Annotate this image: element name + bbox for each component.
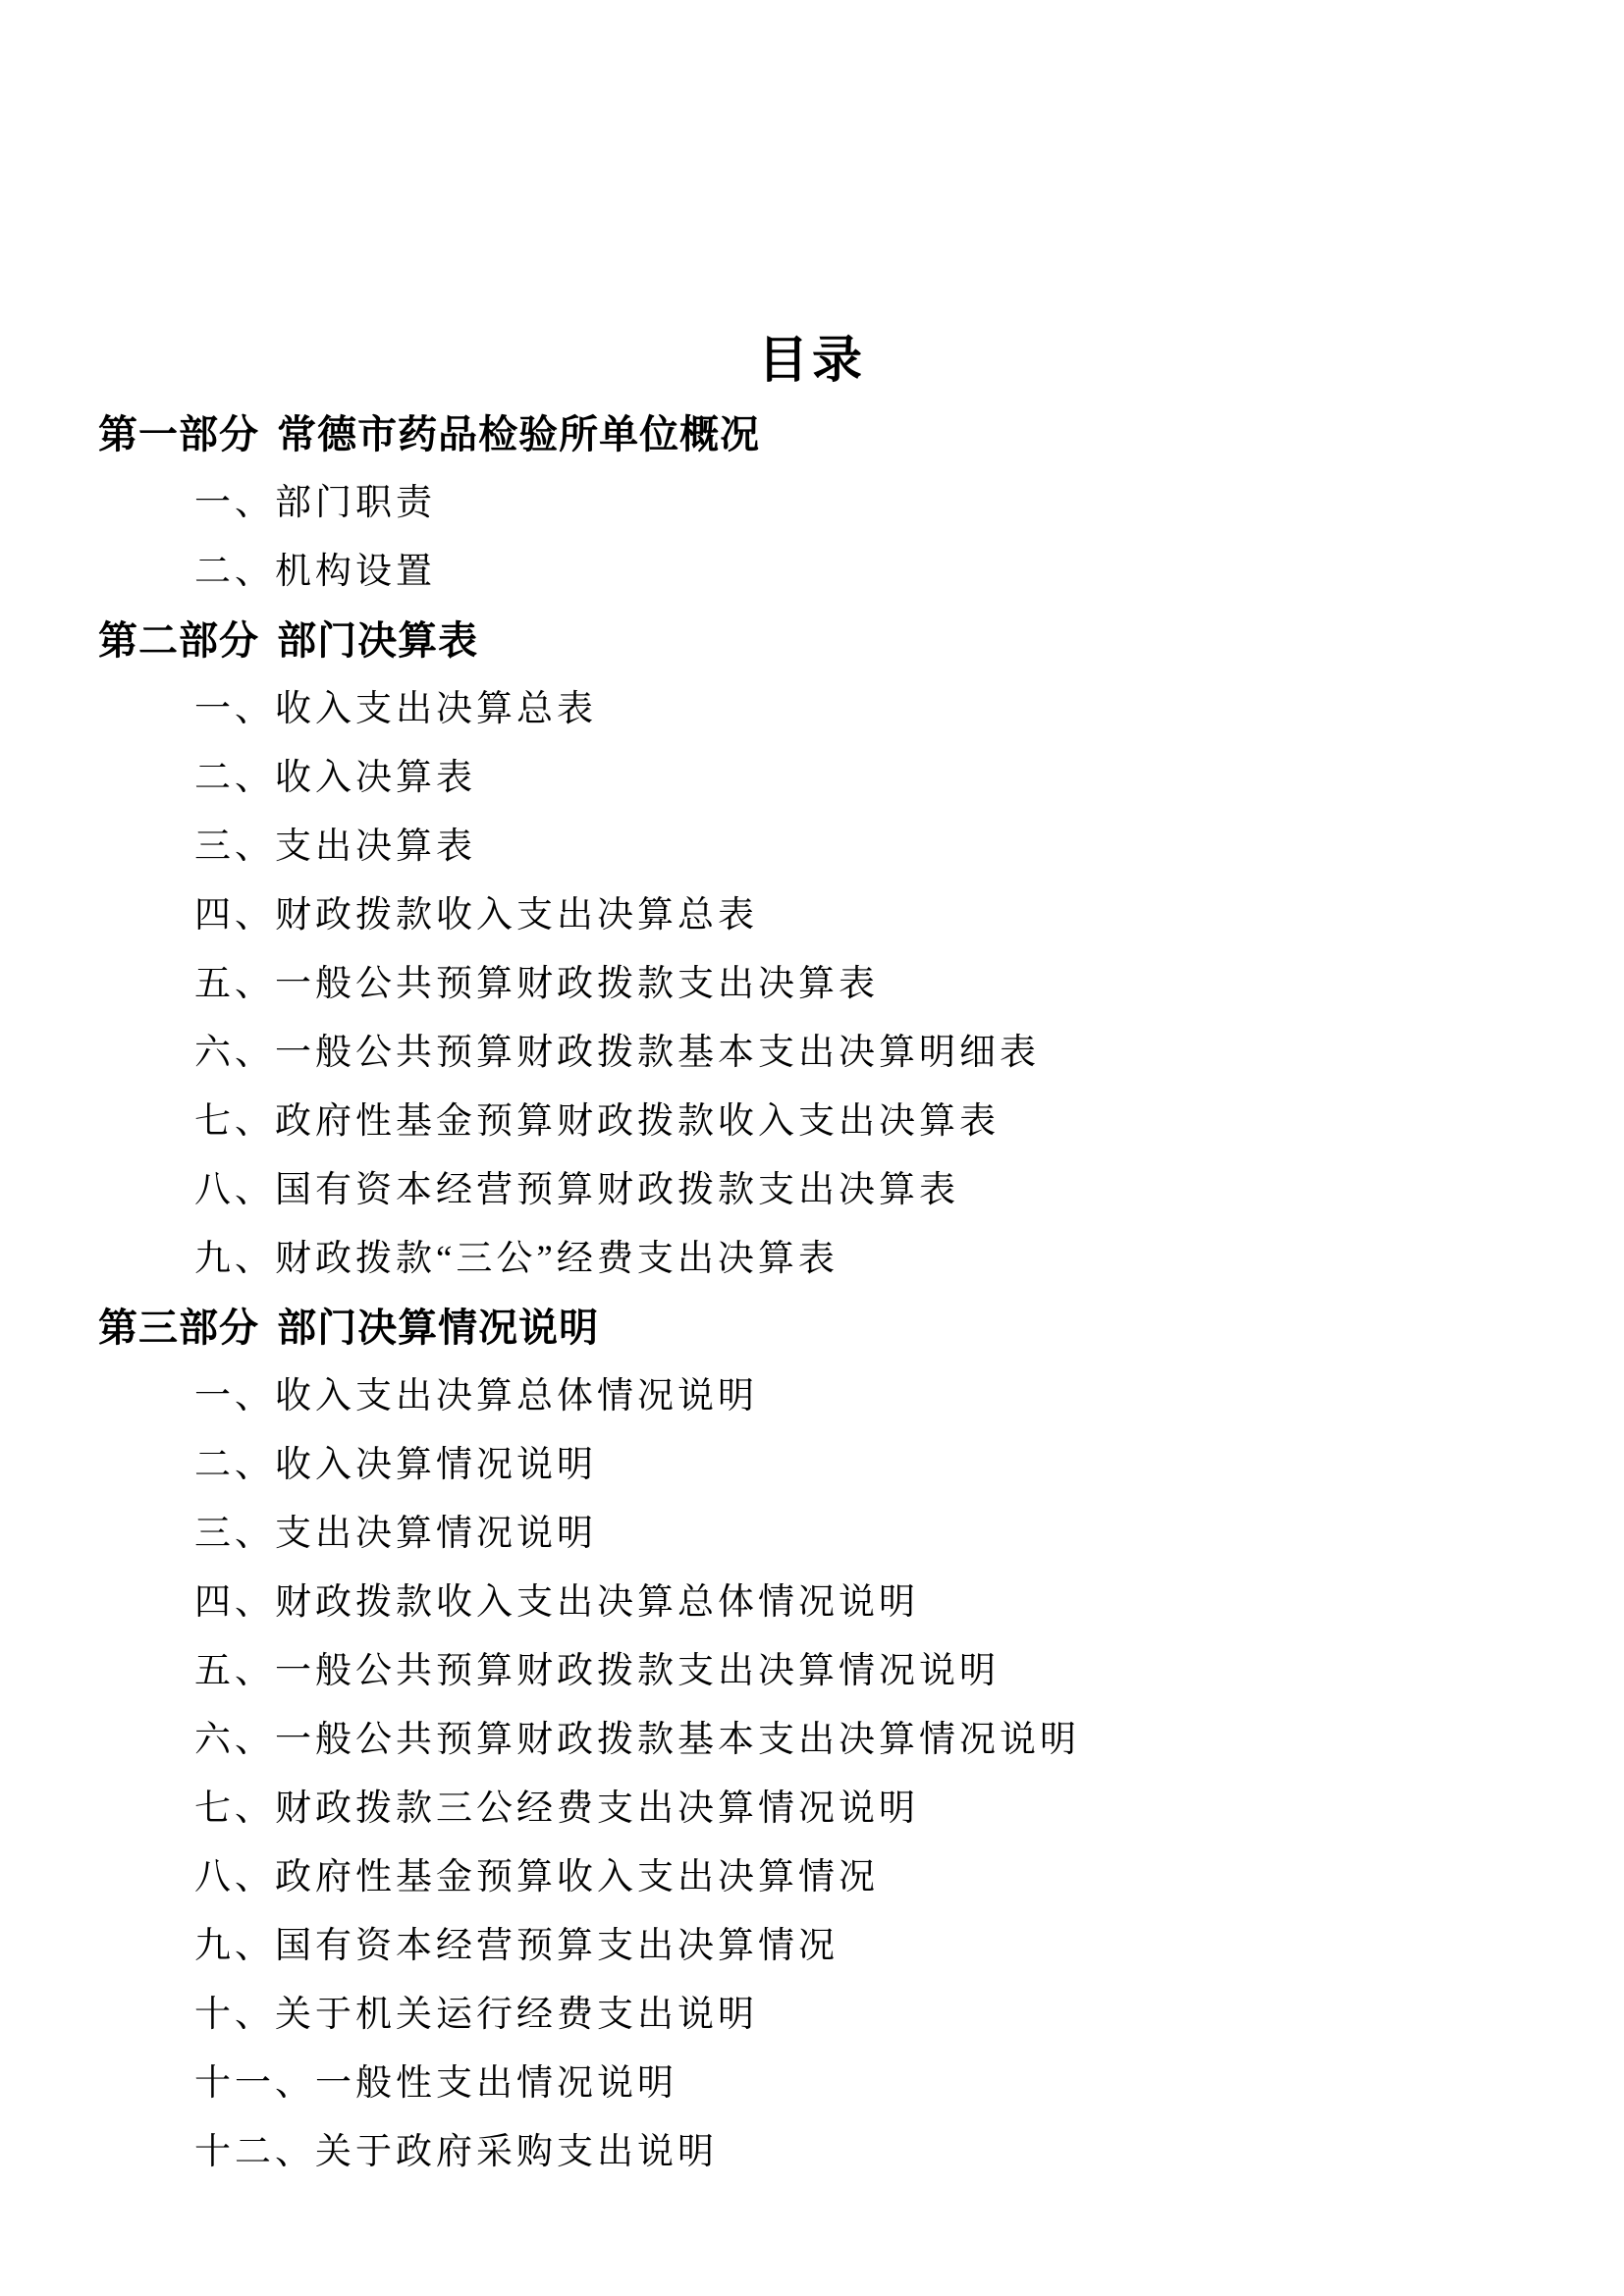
toc-item: 七、政府性基金预算财政拨款收入支出决算表 (0, 1088, 1624, 1156)
toc-item: 十、关于机关运行经费支出说明 (0, 1981, 1624, 2050)
toc-item: 六、一般公共预算财政拨款基本支出决算明细表 (0, 1019, 1624, 1088)
toc-item: 八、国有资本经营预算财政拨款支出决算表 (0, 1156, 1624, 1225)
toc-item: 八、政府性基金预算收入支出决算情况 (0, 1843, 1624, 1912)
toc-item: 三、支出决算情况说明 (0, 1500, 1624, 1569)
section-heading-part2: 第二部分 部门决算表 (0, 607, 1624, 675)
toc-item: 一、部门职责 (0, 469, 1624, 538)
toc-item: 十二、关于政府采购支出说明 (0, 2118, 1624, 2187)
toc-item: 九、财政拨款“三公”经费支出决算表 (0, 1225, 1624, 1294)
toc-item: 五、一般公共预算财政拨款支出决算表 (0, 950, 1624, 1019)
toc-item: 十一、一般性支出情况说明 (0, 2050, 1624, 2118)
section-heading-part3: 第三部分 部门决算情况说明 (0, 1294, 1624, 1362)
table-of-contents: 第一部分 常德市药品检验所单位概况 一、部门职责 二、机构设置 第二部分 部门决… (0, 400, 1624, 2187)
toc-item: 二、收入决算情况说明 (0, 1431, 1624, 1500)
toc-item: 二、收入决算表 (0, 744, 1624, 813)
page-title: 目录 (0, 320, 1624, 400)
toc-item: 九、国有资本经营预算支出决算情况 (0, 1912, 1624, 1981)
toc-item: 一、收入支出决算总体情况说明 (0, 1362, 1624, 1431)
toc-item: 七、财政拨款三公经费支出决算情况说明 (0, 1775, 1624, 1843)
toc-item: 四、财政拨款收入支出决算总体情况说明 (0, 1569, 1624, 1637)
toc-item: 三、支出决算表 (0, 813, 1624, 881)
document-page: 目录 第一部分 常德市药品检验所单位概况 一、部门职责 二、机构设置 第二部分 … (0, 0, 1624, 2296)
section-heading-part1: 第一部分 常德市药品检验所单位概况 (0, 400, 1624, 469)
toc-item: 四、财政拨款收入支出决算总表 (0, 881, 1624, 950)
toc-item: 六、一般公共预算财政拨款基本支出决算情况说明 (0, 1706, 1624, 1775)
toc-item: 二、机构设置 (0, 538, 1624, 607)
toc-item: 一、收入支出决算总表 (0, 675, 1624, 744)
toc-item: 五、一般公共预算财政拨款支出决算情况说明 (0, 1637, 1624, 1706)
